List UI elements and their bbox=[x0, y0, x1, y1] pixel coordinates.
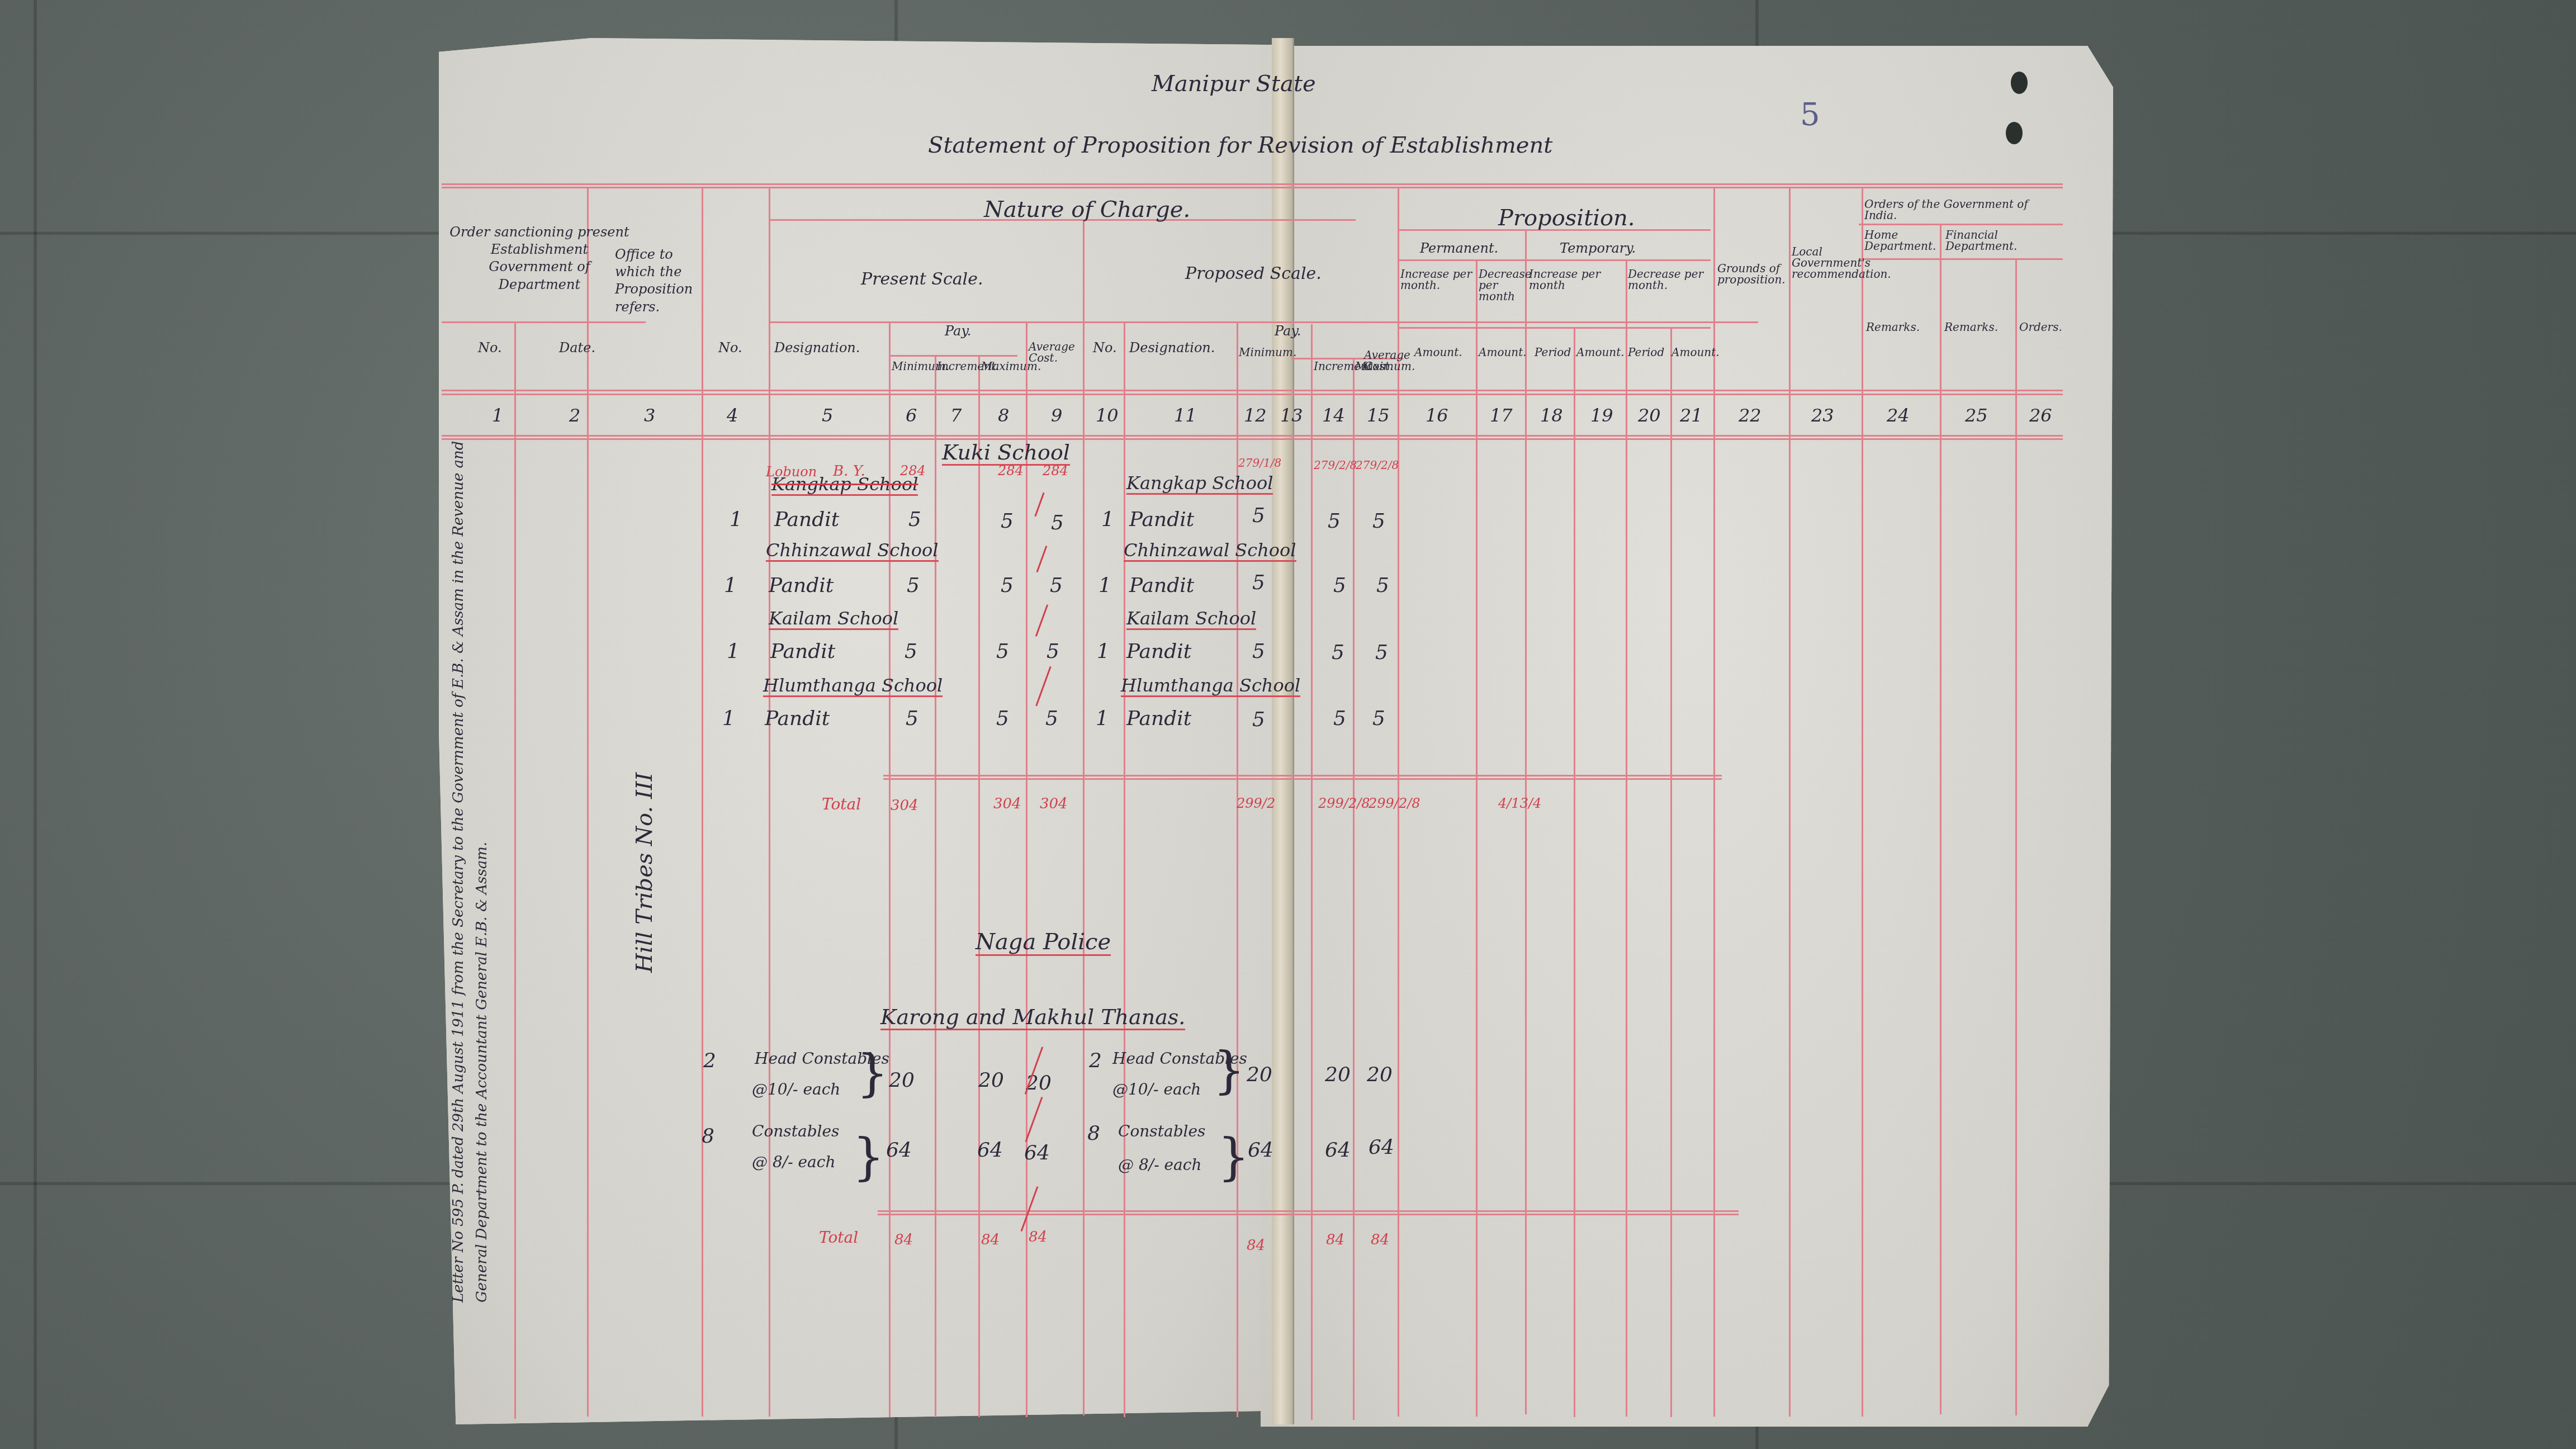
colnum: 16 bbox=[1426, 406, 1448, 424]
header-col10: No. bbox=[1093, 341, 1117, 354]
total-p-max: 84 bbox=[1326, 1233, 1344, 1247]
header-col11: Designation. bbox=[1129, 341, 1215, 354]
row-p-min: 5 bbox=[1252, 642, 1265, 662]
row-p-no: 1 bbox=[1098, 576, 1111, 596]
header-col16: Amount. bbox=[1414, 347, 1462, 358]
header-col8: Maximum. bbox=[981, 361, 1023, 372]
row-max: 64 bbox=[977, 1140, 1003, 1161]
red-present-avg: 284 bbox=[1043, 464, 1068, 477]
colnum: 21 bbox=[1680, 406, 1703, 424]
header-col5: Designation. bbox=[774, 341, 860, 354]
row-p-min: 20 bbox=[1247, 1065, 1272, 1085]
header-permanent: Permanent. bbox=[1420, 241, 1498, 255]
row-p-rate: @10/- each bbox=[1112, 1082, 1201, 1097]
row-avg: 64 bbox=[1024, 1143, 1050, 1163]
header-col17: Amount. bbox=[1479, 347, 1527, 358]
red-present-max: 284 bbox=[998, 464, 1024, 477]
colnum: 20 bbox=[1638, 406, 1661, 424]
colnum: 12 bbox=[1244, 406, 1267, 424]
row-p-designation: Pandit bbox=[1129, 510, 1194, 530]
header-col3: Office to which the Proposition refers. bbox=[615, 246, 699, 316]
row-min: 20 bbox=[889, 1071, 915, 1091]
header-temporary: Temporary. bbox=[1560, 241, 1636, 255]
total-max: 304 bbox=[993, 797, 1021, 811]
proposed-school-name: Chhinzawal School bbox=[1124, 541, 1296, 562]
colnum: 7 bbox=[950, 406, 962, 424]
row-p-max: 5 bbox=[1332, 643, 1344, 663]
total-p-min: 84 bbox=[1247, 1238, 1265, 1253]
total-label: Total bbox=[819, 1230, 858, 1246]
colnum: 18 bbox=[1540, 406, 1563, 424]
header-col21: Amount. bbox=[1671, 347, 1720, 358]
colnum: 24 bbox=[1887, 406, 1910, 424]
row-max: 5 bbox=[1001, 512, 1014, 532]
row-p-max: 5 bbox=[1333, 709, 1346, 729]
colnum: 11 bbox=[1174, 406, 1197, 424]
row-max: 5 bbox=[996, 642, 1009, 662]
row-no: 2 bbox=[703, 1051, 716, 1071]
row-p-avg: 64 bbox=[1368, 1138, 1394, 1158]
row-p-avg: 5 bbox=[1372, 512, 1385, 532]
row-p-max: 20 bbox=[1325, 1065, 1351, 1085]
colnum: 8 bbox=[998, 406, 1009, 424]
header-col6: Minimum. bbox=[892, 361, 934, 372]
header-col22: Grounds of proposition. bbox=[1717, 263, 1787, 285]
row-p-min: 5 bbox=[1252, 506, 1265, 526]
row-p-no: 2 bbox=[1089, 1051, 1102, 1071]
row-avg: 5 bbox=[1051, 513, 1064, 533]
colnum: 13 bbox=[1280, 406, 1303, 424]
row-min: 5 bbox=[905, 642, 917, 662]
row-min: 5 bbox=[907, 576, 920, 596]
colnum: 5 bbox=[822, 406, 833, 424]
row-min: 64 bbox=[886, 1140, 912, 1161]
header-temp-decrease: Decrease per month. bbox=[1628, 268, 1712, 291]
proposed-school-name: Kailam School bbox=[1126, 609, 1256, 630]
row-no: 1 bbox=[727, 642, 740, 662]
row-p-designation: Pandit bbox=[1126, 642, 1191, 662]
row-no: 8 bbox=[702, 1126, 714, 1147]
row-p-avg: 5 bbox=[1372, 709, 1385, 729]
punch-hole bbox=[2011, 72, 2028, 94]
row-p-min: 5 bbox=[1252, 573, 1265, 593]
header-proposed-scale: Proposed Scale. bbox=[1185, 266, 1322, 282]
order-reference-note: Letter No 595 P. dated 29th August 1911 … bbox=[447, 436, 494, 1303]
header-col25: Remarks. bbox=[1944, 321, 1998, 333]
header-col15: Average Cost. bbox=[1364, 349, 1398, 372]
header-proposition: Proposition. bbox=[1498, 207, 1635, 229]
colnum: 26 bbox=[2029, 406, 2052, 424]
row-p-designation: Pandit bbox=[1126, 709, 1191, 729]
page-fold bbox=[1272, 38, 1294, 1424]
header-perm-increase: Increase per month. bbox=[1400, 268, 1473, 291]
row-designation: Pandit bbox=[765, 709, 830, 729]
total-min: 84 bbox=[894, 1233, 913, 1247]
row-p-no: 8 bbox=[1087, 1124, 1100, 1144]
colnum: 25 bbox=[1965, 406, 1988, 424]
row-p-rate: @ 8/- each bbox=[1118, 1157, 1202, 1173]
row-min: 5 bbox=[908, 510, 921, 530]
colnum: 6 bbox=[906, 406, 917, 424]
colnum: 19 bbox=[1590, 406, 1613, 424]
header-col20: Period bbox=[1628, 347, 1664, 358]
header-col26: Orders. bbox=[2019, 321, 2062, 333]
row-p-no: 1 bbox=[1097, 642, 1110, 662]
row-no: 1 bbox=[724, 576, 737, 596]
right-page bbox=[1261, 46, 2113, 1427]
school-name: Kailam School bbox=[769, 609, 898, 630]
document-title: Statement of Proposition for Revision of… bbox=[928, 134, 1552, 157]
row-p-designation: Pandit bbox=[1129, 576, 1194, 596]
colnum: 15 bbox=[1367, 406, 1390, 424]
row-designation: Pandit bbox=[769, 576, 834, 596]
colnum: 3 bbox=[644, 406, 655, 424]
school-name: Hlumthanga School bbox=[763, 676, 943, 697]
colnum: 1 bbox=[492, 406, 503, 424]
header-order-group: Order sanctioning present Establishment … bbox=[447, 224, 632, 293]
row-p-min: 5 bbox=[1252, 710, 1265, 730]
school-name: Kangkap School bbox=[771, 475, 918, 496]
row-p-avg: 5 bbox=[1375, 643, 1388, 663]
header-pay: Pay. bbox=[945, 324, 971, 338]
punch-hole bbox=[2006, 122, 2023, 144]
row-no: 1 bbox=[730, 510, 742, 530]
row-no: 1 bbox=[722, 709, 735, 729]
header-home-dept: Home Department. bbox=[1864, 229, 1937, 252]
header-col7: Increment. bbox=[937, 361, 979, 372]
total-p-min: 299/2 bbox=[1237, 797, 1275, 810]
row-rate: @ 8/- each bbox=[752, 1154, 836, 1170]
header-col12: Minimum. bbox=[1239, 347, 1272, 358]
header-nature-of-charge: Nature of Charge. bbox=[984, 198, 1190, 221]
header-col13: Increment. bbox=[1314, 361, 1353, 372]
header-present-scale: Present Scale. bbox=[861, 271, 983, 288]
row-p-designation: Constables bbox=[1118, 1124, 1205, 1139]
total-avg: 304 bbox=[1040, 797, 1068, 811]
row-max: 5 bbox=[996, 709, 1009, 729]
colnum: 22 bbox=[1739, 406, 1761, 424]
row-avg: 5 bbox=[1050, 576, 1063, 596]
header-perm-decrease: Decrease per month bbox=[1479, 268, 1526, 302]
brace-icon: } bbox=[856, 1048, 888, 1098]
colnum: 23 bbox=[1811, 406, 1834, 424]
proposed-school-name: Kangkap School bbox=[1126, 474, 1273, 495]
header-col4: No. bbox=[718, 341, 742, 354]
state-label: Manipur State bbox=[1152, 73, 1316, 95]
colnum: 4 bbox=[727, 406, 738, 424]
header-col9: Average Cost. bbox=[1029, 341, 1079, 363]
row-designation: Pandit bbox=[770, 642, 835, 662]
total-p-avg: 84 bbox=[1371, 1233, 1389, 1247]
brace-icon: } bbox=[853, 1132, 884, 1182]
row-min: 5 bbox=[906, 709, 918, 729]
colnum: 10 bbox=[1096, 406, 1119, 424]
total-min: 304 bbox=[891, 798, 918, 813]
kuki-section-title: Kuki School bbox=[942, 442, 1070, 466]
red-proposed-min: 279/1/8 bbox=[1238, 457, 1281, 468]
header-col23: Local Government's recommendation. bbox=[1792, 246, 1862, 280]
header-col2: Date. bbox=[559, 341, 595, 354]
colnum: 14 bbox=[1322, 406, 1345, 424]
header-goi-orders: Orders of the Government of India. bbox=[1864, 198, 2060, 221]
row-rate: @10/- each bbox=[752, 1082, 840, 1097]
school-name: Chhinzawal School bbox=[766, 541, 939, 562]
row-max: 20 bbox=[978, 1071, 1004, 1091]
header-col24: Remarks. bbox=[1866, 321, 1920, 333]
total-avg: 84 bbox=[1029, 1230, 1047, 1244]
header-col1: No. bbox=[478, 341, 502, 354]
row-p-max: 5 bbox=[1333, 576, 1346, 596]
total-label: Total bbox=[822, 797, 861, 812]
red-proposed-avg: 279/2/8 bbox=[1356, 460, 1399, 471]
office-reference-note: Hill Tribes No. III bbox=[632, 773, 657, 973]
row-designation: Pandit bbox=[774, 510, 839, 530]
row-p-avg: 20 bbox=[1367, 1065, 1393, 1085]
header-fin-dept: Financial Department. bbox=[1945, 229, 2057, 252]
total-max: 84 bbox=[981, 1233, 1000, 1247]
row-designation: Constables bbox=[752, 1124, 839, 1139]
brace-icon: } bbox=[1213, 1045, 1245, 1096]
naga-section-title: Naga Police bbox=[976, 931, 1111, 956]
row-avg: 5 bbox=[1046, 642, 1059, 662]
row-p-avg: 5 bbox=[1376, 576, 1389, 596]
proposed-school-name: Hlumthanga School bbox=[1121, 676, 1300, 697]
row-avg: 5 bbox=[1045, 709, 1058, 729]
header-pay-proposed: Pay. bbox=[1275, 324, 1301, 338]
colnum: 2 bbox=[569, 406, 580, 424]
brace-icon: } bbox=[1218, 1132, 1249, 1182]
row-p-max: 5 bbox=[1328, 512, 1341, 532]
naga-section-subtitle: Karong and Makhul Thanas. bbox=[880, 1006, 1185, 1030]
row-max: 5 bbox=[1001, 576, 1014, 596]
row-p-no: 1 bbox=[1101, 510, 1114, 530]
total-p-max: 299/2/8 bbox=[1318, 797, 1370, 810]
header-temp-increase: Increase per month bbox=[1529, 268, 1624, 291]
page-number: 5 bbox=[1800, 100, 1820, 131]
total-perm-decrease: 4/13/4 bbox=[1498, 797, 1541, 810]
row-p-max: 64 bbox=[1325, 1140, 1351, 1161]
row-p-min: 64 bbox=[1248, 1140, 1273, 1161]
row-p-no: 1 bbox=[1096, 709, 1109, 729]
colnum: 9 bbox=[1051, 406, 1062, 424]
total-p-avg: 299/2/8 bbox=[1368, 797, 1420, 810]
header-col19: Amount. bbox=[1576, 347, 1625, 358]
red-proposed-max: 279/2/8 bbox=[1314, 460, 1357, 471]
header-col18: Period bbox=[1535, 347, 1571, 358]
colnum: 17 bbox=[1490, 406, 1513, 424]
